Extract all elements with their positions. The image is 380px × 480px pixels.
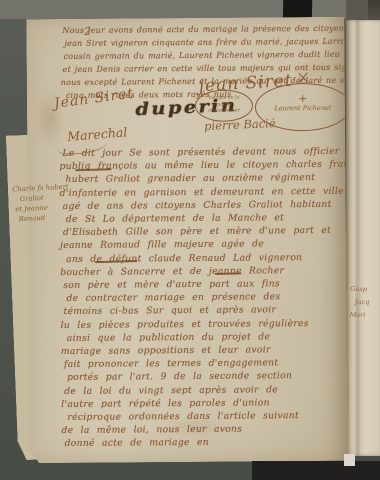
adjacent-line: Jacq	[355, 296, 370, 309]
marriage-act-paragraph: Le dit jour Se sont présentés devant nou…	[59, 145, 371, 451]
manuscript-page: 2 Nous leur avons donné acte du mariage …	[26, 17, 347, 463]
manuscript-line: donné acte de mariage en	[65, 435, 372, 451]
adjacent-page-text: Gasp Jacq Mari	[349, 283, 369, 322]
manuscript-scan-photo: Gasp Jacq Mari 2 Nous leur avons donné a…	[0, 0, 380, 480]
margin-note-names: Charle fs hubert Graliot et Jeanne Renau…	[12, 182, 71, 225]
page-corner-notch	[344, 454, 355, 466]
binding-crease	[346, 20, 380, 456]
annotation-scribble: · · · · ·	[256, 89, 350, 95]
adjacent-line: Gasp	[350, 283, 370, 297]
adjacent-page-strip: Gasp Jacq Mari	[346, 20, 380, 456]
groom-mark-annotation: · · · · · + Laurent Pichenet	[255, 83, 351, 132]
scanner-background-top	[0, 0, 380, 19]
annotation-name: Laurent Pichenet	[256, 104, 350, 113]
scanner-shadow-bottom	[252, 461, 380, 480]
adjacent-line: Mari	[349, 309, 369, 323]
annotation-line: marie Rocher	[196, 108, 252, 115]
manuscript-line: agé de ans des citoyens Charles Graliot …	[63, 197, 370, 213]
x-mark-icon	[298, 71, 310, 83]
